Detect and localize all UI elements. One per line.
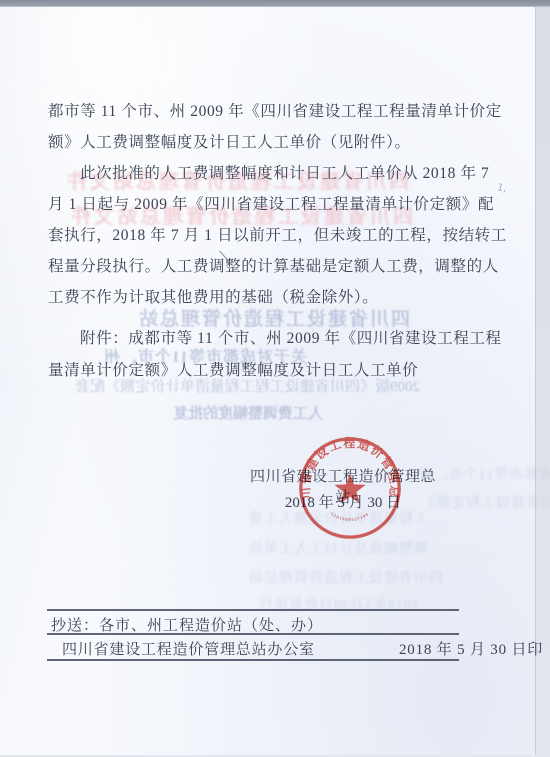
paper-sheet: 四川省建设工程造价管理总站文件 四川省建设工程造价管理总站文件 四川省建设工程造… [0,7,536,755]
ghost-fragment: 2009版《四川省建设工程定额》 [420,492,550,512]
footer-rule-middle [47,633,459,635]
seal-star-icon [334,474,365,504]
official-seal-stamp: 四川省建设工程造价管理总站 5101080057109 [297,435,403,541]
footer-office-name: 四川省建设工程造价管理总站办公室 [62,642,315,658]
ghost-fragment: 四川省建设工程造价管理总站 [248,567,443,587]
body-line: 月 1 日起与 2009 年《四川省建设工程工程量清单计价定额》配 [48,192,494,214]
body-line: 程量分段执行。人工费调整的计算基础是定额人工费，调整的人 [48,254,499,276]
footer-rule-bottom [47,659,459,661]
scanned-document-page: { "document": { "body_lines": [ "都市等 11 … [0,0,550,757]
body-line: 都市等 11 个市、州 2009 年《四川省建设工程工程量清单计价定 [48,99,502,121]
seal-graphic: 四川省建设工程造价管理总站 5101080057109 [297,435,403,541]
attachment-line: 附件：成都市等 11 个市、州 2009 年《四川省建设工程工程 [48,326,502,348]
seal-serial-number: 5101080057109 [330,511,370,522]
attachment-line: 量清单计价定额》人工费调整幅度及计日工人工单价 [48,358,418,380]
ghost-subtitle-line: 人工费调整幅度的批复 [173,402,323,423]
margin-pencil-note: 1, [496,182,508,195]
ghost-fragment: 关于对成都市等11个市、州 [418,464,550,484]
footer-office-row: 四川省建设工程造价管理总站办公室 2018 年 5 月 30 日印 [62,638,459,659]
ghost-fragment: 2018年5月30日批复执行 [258,594,419,614]
footer-print-date: 2018 年 5 月 30 日印 [399,638,543,659]
body-line: 工费不作为计取其他费用的基础（税金除外）。 [48,285,378,307]
footer-cc-line: 抄送：各市、州工程造价站（处、办） [51,614,323,635]
footer-rule-top [47,609,459,611]
body-line: 此次批准的人工费调整幅度和计日工人工单价从 2018 年 7 [48,161,489,183]
body-line: 套执行，2018 年 7 月 1 日以前开工，但未竣工的工程，按结转工 [48,223,507,245]
body-line: 额》人工费调整幅度及计日工人工单价（见附件）。 [48,130,411,152]
